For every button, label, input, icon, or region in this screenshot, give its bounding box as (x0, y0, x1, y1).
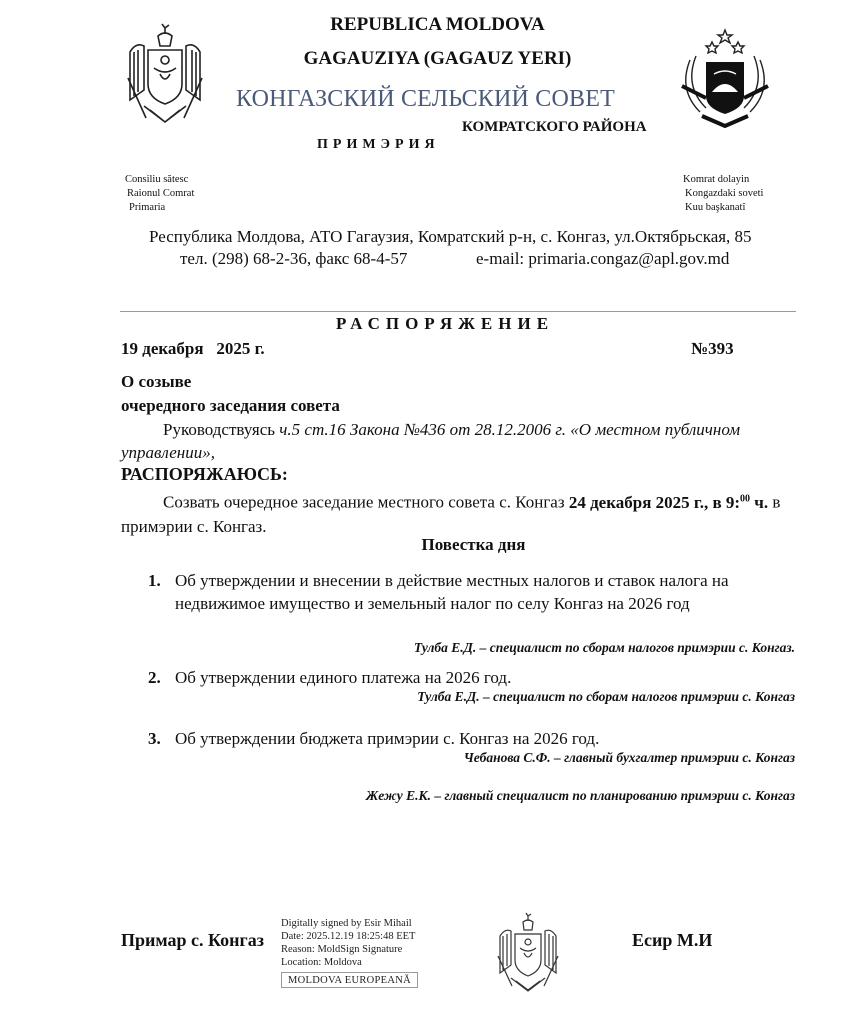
header-left-romanian: Consiliu sătesc Raionul Comrat Primaria (125, 173, 194, 215)
header-left-line: Raionul Comrat (125, 187, 194, 201)
meeting-hour-suffix: ч. (750, 493, 768, 512)
header-right-gagauz: Komrat dolayin Kongazdaki soveti Kuu baş… (683, 173, 763, 215)
phone-fax: тел. (298) 68-2-36, факс 68-4-57 (180, 249, 407, 269)
agenda-item-text: Об утверждении единого платежа на 2026 г… (175, 666, 808, 689)
document-number: №393 (691, 339, 734, 359)
header-divider (120, 311, 796, 312)
header-left-line: Consiliu sătesc (125, 173, 194, 187)
address: Республика Молдова, АТО Гагаузия, Комрат… (149, 227, 752, 247)
email[interactable]: e-mail: primaria.congaz@apl.gov.md (476, 249, 729, 269)
meeting-date: 24 декабря 2025 г., в 9: (569, 493, 740, 512)
convene-paragraph: Созвать очередное заседание местного сов… (121, 487, 801, 539)
digital-signature-line: Location: Moldova (281, 956, 418, 969)
gagauzia-coat-of-arms-icon (672, 26, 778, 132)
digital-signature-line: Digitally signed by Esir Mihail (281, 917, 418, 930)
document-title: РАСПОРЯЖЕНИЕ (0, 314, 855, 334)
header-right-line: Komrat dolayin (683, 173, 763, 187)
agenda-item-responsible: Тулба Е.Д. – специалист по сборам налого… (414, 640, 795, 656)
agenda-item-text: Об утверждении бюджета примэрии с. Конга… (175, 727, 808, 750)
header-primaria: ПРИМЭРИЯ (317, 137, 440, 153)
agenda-title: Повестка дня (0, 535, 855, 555)
document-date: 19 декабря 2025 г. (121, 339, 265, 359)
legal-basis-prefix: Руководствуясь (163, 420, 279, 439)
header-right-line: Kuu başkanatî (683, 201, 763, 215)
agenda-item: 2. Об утверждении единого платежа на 202… (148, 666, 808, 689)
agenda-item: 3. Об утверждении бюджета примэрии с. Ко… (148, 727, 808, 750)
agenda-item-number: 2. (148, 666, 161, 689)
digital-signature-line: Date: 2025.12.19 18:25:48 EET (281, 930, 418, 943)
digital-signature-line: Reason: MoldSign Signature (281, 943, 418, 956)
subject-line-2: очередного заседания совета (121, 396, 340, 416)
subject-line-1: О созыве (121, 372, 191, 392)
header-left-line: Primaria (125, 201, 194, 215)
signatory-role: Примар с. Конгаз (121, 930, 264, 951)
agenda-item-responsible: Жежу Е.К. – главный специалист по планир… (366, 788, 795, 804)
signatory-name: Есир М.И (632, 930, 712, 951)
agenda-item: 1. Об утверждении и внесении в действие … (148, 569, 808, 615)
legal-basis: Руководствуясь ч.5 ст.16 Закона №436 от … (121, 418, 801, 464)
header-right-line: Kongazdaki soveti (683, 187, 763, 201)
agenda-item-text: Об утверждении и внесении в действие мес… (175, 569, 808, 615)
header-district: КОМРАТСКОГО РАЙОНА (462, 119, 647, 136)
header-council: КОНГАЗСКИЙ СЕЛЬСКИЙ СОВЕТ (236, 86, 615, 113)
convene-text: Созвать очередное заседание местного сов… (163, 493, 569, 512)
meeting-minutes: 00 (740, 493, 750, 504)
agenda-item-responsible: Тулба Е.Д. – специалист по сборам налого… (417, 689, 795, 705)
digital-signature-block[interactable]: Digitally signed by Esir Mihail Date: 20… (281, 917, 418, 988)
moldova-coat-of-arms-icon (495, 912, 561, 996)
agenda-item-number: 1. (148, 569, 161, 592)
signature-badge: MOLDOVA EUROPEANĂ (281, 972, 418, 988)
agenda-item-responsible: Чебанова С.Ф. – главный бухгалтер примэр… (464, 750, 795, 766)
agenda-item-number: 3. (148, 727, 161, 750)
decree-heading: РАСПОРЯЖАЮСЬ: (121, 464, 288, 485)
moldova-coat-of-arms-icon (124, 22, 206, 130)
